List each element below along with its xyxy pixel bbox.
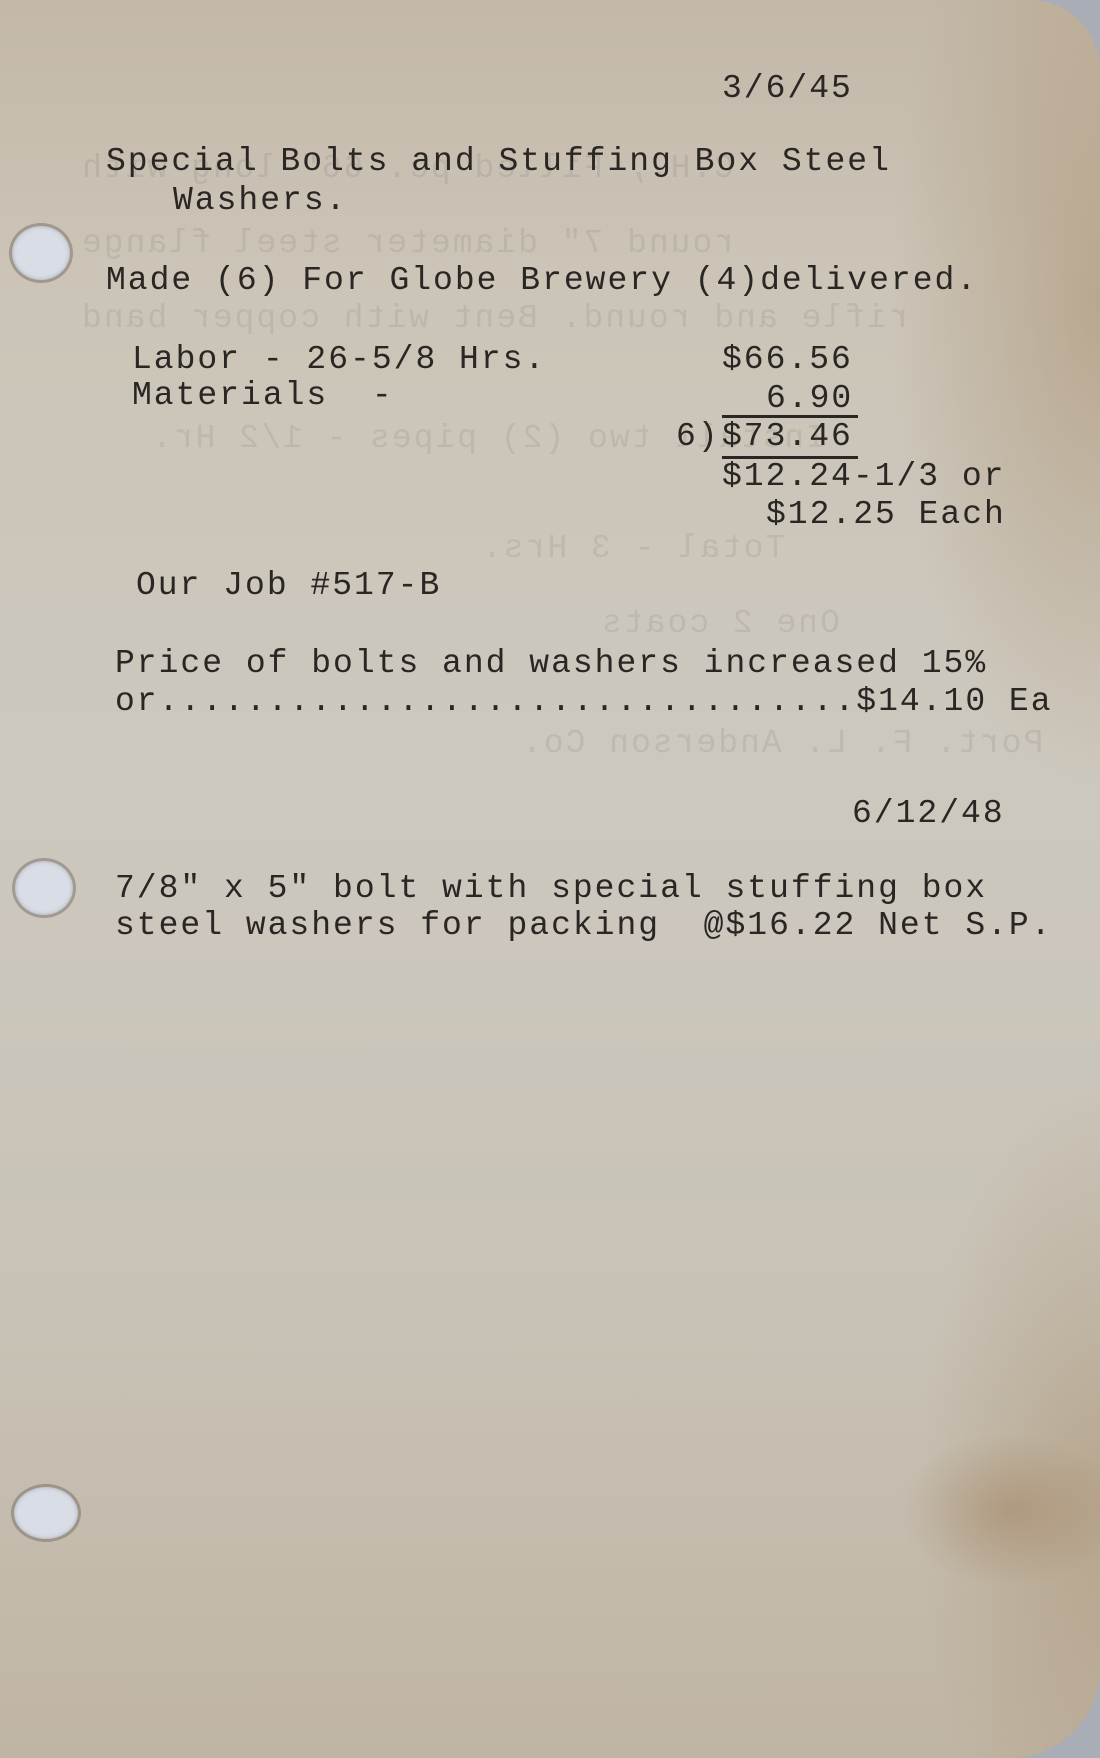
labor-amount: $66.56 xyxy=(722,341,853,379)
total-amount: $73.46 xyxy=(722,418,853,456)
punch-hole-top xyxy=(12,226,70,280)
labor-label: Labor - 26-5/8 Hrs. xyxy=(132,341,546,379)
price-increase-line-1: Price of bolts and washers increased 15% xyxy=(115,645,987,683)
made-for-globe-brewery: Made (6) For Globe Brewery (4)delivered. xyxy=(106,262,978,300)
punch-hole-middle xyxy=(15,861,73,915)
entry-2-line-2: steel washers for packing @$16.22 Net S.… xyxy=(115,907,1053,945)
per-unit-rounded: $12.25 Each xyxy=(766,496,1006,534)
materials-amount: 6.90 xyxy=(766,380,853,418)
punch-hole-bottom xyxy=(14,1487,78,1539)
date-1945: 3/6/45 xyxy=(722,70,853,108)
bleed-through-text: rifle and round. Bent with copper band xyxy=(80,300,909,337)
date-1948: 6/12/48 xyxy=(852,795,1005,833)
price-increase-line-2: or................................$14.10… xyxy=(115,683,1053,721)
job-number: Our Job #517-B xyxy=(136,567,441,605)
bleed-through-text: Total - 3 Hrs. xyxy=(480,530,785,567)
bleed-through-text: One 2 coats xyxy=(600,605,840,642)
bleed-through-text: Port. F. L. Anderson Co. xyxy=(520,725,1043,762)
index-card: C.H., Filled pc. 66" long with round 7" … xyxy=(0,0,1100,1758)
materials-label: Materials - xyxy=(132,377,394,415)
title-line-2: Washers. xyxy=(173,182,347,220)
divisor: 6) xyxy=(676,418,720,456)
entry-2-line-1: 7/8" x 5" bolt with special stuffing box xyxy=(115,870,987,908)
bleed-through-text: round 7" diameter steel flange xyxy=(80,225,734,262)
title-line-1: Special Bolts and Stuffing Box Steel xyxy=(106,143,891,181)
per-unit-exact: $12.24-1/3 or xyxy=(722,458,1005,496)
